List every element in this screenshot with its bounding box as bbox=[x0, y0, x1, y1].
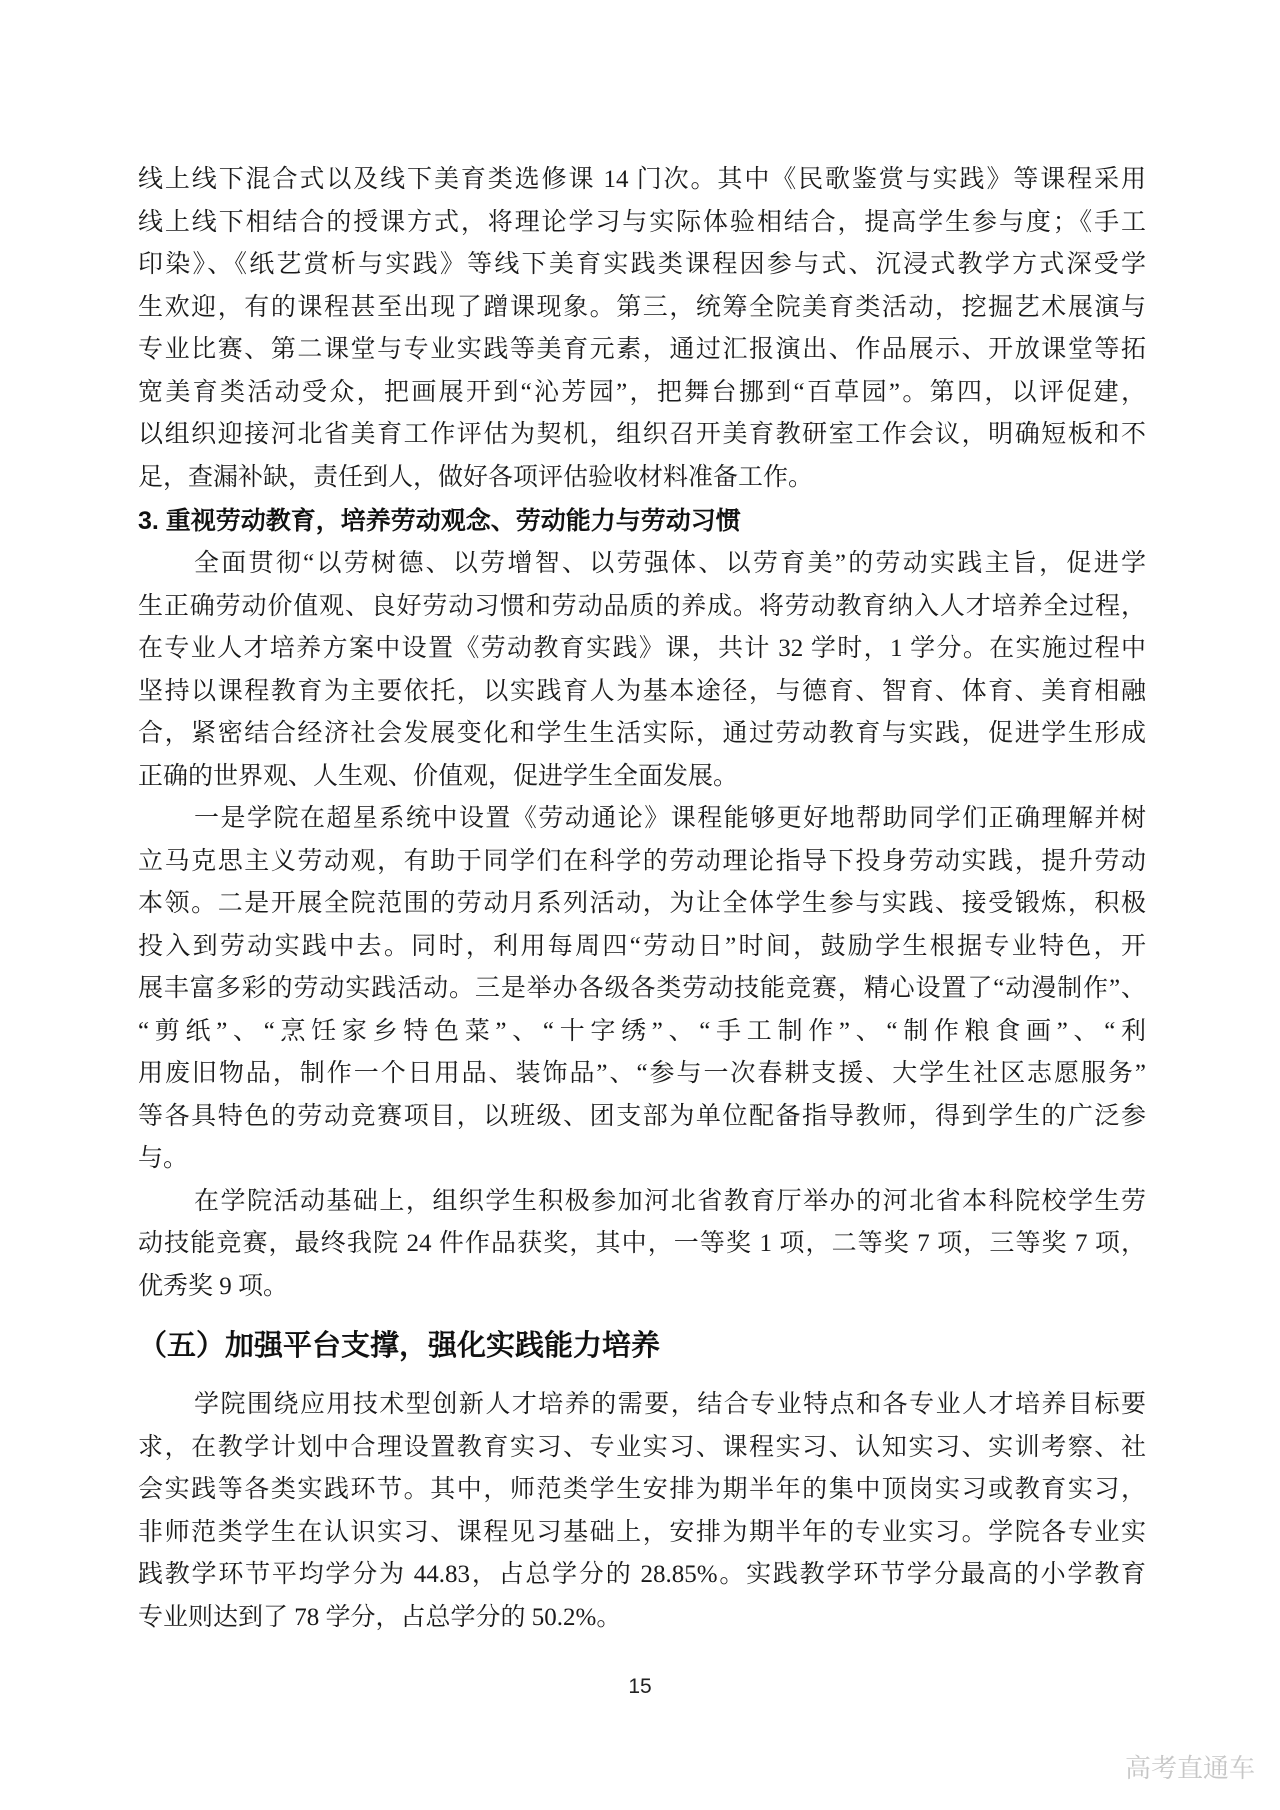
watermark: 高考直通车 bbox=[1125, 1752, 1255, 1784]
text-line: 非师范类学生在认识实习、课程见习基础上，安排为期半年的专业实习。学院各专业实 bbox=[138, 1512, 1146, 1555]
text-line: 合，紧密结合经济社会发展变化和学生生活实际，通过劳动教育与实践，促进学生形成 bbox=[138, 713, 1146, 756]
text-line: 全面贯彻“以劳树德、以劳增智、以劳强体、以劳育美”的劳动实践主旨，促进学 bbox=[138, 543, 1146, 586]
text-line: 在专业人才培养方案中设置《劳动教育实践》课，共计 32 学时，1 学分。在实施过… bbox=[138, 628, 1146, 671]
text-line: 本领。二是开展全院范围的劳动月系列活动，为让全体学生参与实践、接受锻炼，积极 bbox=[138, 883, 1146, 926]
text-body: 线上线下混合式以及线下美育类选修课 14 门次。其中《民歌鉴赏与实践》等课程采用… bbox=[138, 159, 1146, 1639]
text-line: 正确的世界观、人生观、价值观，促进学生全面发展。 bbox=[138, 756, 1146, 799]
text-line: 专业比赛、第二课堂与专业实践等美育元素，通过汇报演出、作品展示、开放课堂等拓 bbox=[138, 329, 1146, 372]
page-number: 15 bbox=[0, 1672, 1280, 1702]
text-line: 一是学院在超星系统中设置《劳动通论》课程能够更好地帮助同学们正确理解并树 bbox=[138, 798, 1146, 841]
text-line: 立马克思主义劳动观，有助于同学们在科学的劳动理论指导下投身劳动实践，提升劳动 bbox=[138, 841, 1146, 884]
text-line: 优秀奖 9 项。 bbox=[138, 1266, 1146, 1309]
text-line: 会实践等各类实践环节。其中，师范类学生安排为期半年的集中顶岗实习或教育实习， bbox=[138, 1469, 1146, 1512]
text-line: 专业则达到了 78 学分，占总学分的 50.2%。 bbox=[138, 1597, 1146, 1640]
text-line: 在学院活动基础上，组织学生积极参加河北省教育厅举办的河北省本科院校学生劳 bbox=[138, 1181, 1146, 1224]
text-line: 动技能竞赛，最终我院 24 件作品获奖，其中，一等奖 1 项，二等奖 7 项，三… bbox=[138, 1223, 1146, 1266]
text-line: 足，查漏补缺，责任到人，做好各项评估验收材料准备工作。 bbox=[138, 457, 1146, 500]
text-line: 践教学环节平均学分为 44.83，占总学分的 28.85%。实践教学环节学分最高… bbox=[138, 1554, 1146, 1597]
document-page: 线上线下混合式以及线下美育类选修课 14 门次。其中《民歌鉴赏与实践》等课程采用… bbox=[0, 0, 1280, 1810]
section-heading: （五）加强平台支撑，强化实践能力培养 bbox=[138, 1322, 1146, 1370]
text-line: 学院围绕应用技术型创新人才培养的需要，结合专业特点和各专业人才培养目标要 bbox=[138, 1384, 1146, 1427]
text-line: “剪纸”、“烹饪家乡特色菜”、“十字绣”、“手工制作”、“制作粮食画”、“利 bbox=[138, 1011, 1146, 1054]
subsection-heading: 3. 重视劳动教育，培养劳动观念、劳动能力与劳动习惯 bbox=[138, 499, 1146, 543]
text-line: 与。 bbox=[138, 1138, 1146, 1181]
text-line: 坚持以课程教育为主要依托，以实践育人为基本途径，与德育、智育、体育、美育相融 bbox=[138, 671, 1146, 714]
text-line: 宽美育类活动受众，把画展开到“沁芳园”，把舞台挪到“百草园”。第四，以评促建， bbox=[138, 372, 1146, 415]
text-line: 生欢迎，有的课程甚至出现了蹭课现象。第三，统筹全院美育类活动，挖掘艺术展演与 bbox=[138, 287, 1146, 330]
text-line: 以组织迎接河北省美育工作评估为契机，组织召开美育教研室工作会议，明确短板和不 bbox=[138, 414, 1146, 457]
text-line: 线上线下混合式以及线下美育类选修课 14 门次。其中《民歌鉴赏与实践》等课程采用 bbox=[138, 159, 1146, 202]
text-line: 求，在教学计划中合理设置教育实习、专业实习、课程实习、认知实习、实训考察、社 bbox=[138, 1427, 1146, 1470]
text-line: 生正确劳动价值观、良好劳动习惯和劳动品质的养成。将劳动教育纳入人才培养全过程， bbox=[138, 586, 1146, 629]
text-line: 用废旧物品，制作一个日用品、装饰品”、“参与一次春耕支援、大学生社区志愿服务” bbox=[138, 1053, 1146, 1096]
text-line: 线上线下相结合的授课方式，将理论学习与实际体验相结合，提高学生参与度；《手工 bbox=[138, 202, 1146, 245]
text-line: 等各具特色的劳动竞赛项目，以班级、团支部为单位配备指导教师，得到学生的广泛参 bbox=[138, 1096, 1146, 1139]
text-line: 展丰富多彩的劳动实践活动。三是举办各级各类劳动技能竞赛，精心设置了“动漫制作”、 bbox=[138, 968, 1146, 1011]
text-line: 投入到劳动实践中去。同时，利用每周四“劳动日”时间，鼓励学生根据专业特色，开 bbox=[138, 926, 1146, 969]
text-line: 印染》、《纸艺赏析与实践》等线下美育实践类课程因参与式、沉浸式教学方式深受学 bbox=[138, 244, 1146, 287]
